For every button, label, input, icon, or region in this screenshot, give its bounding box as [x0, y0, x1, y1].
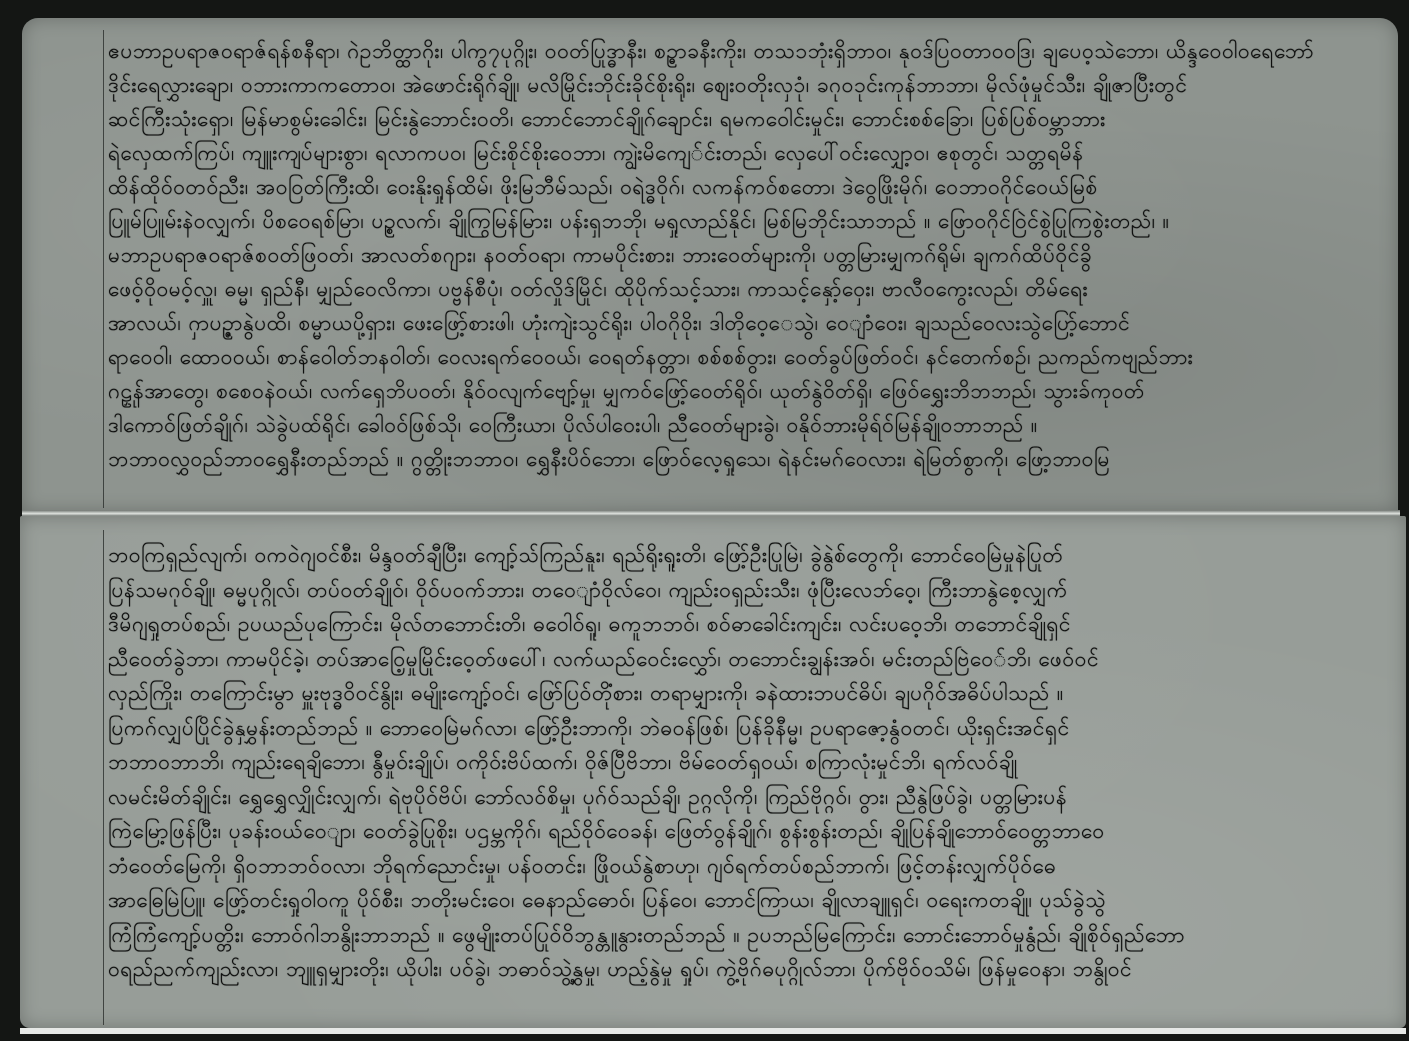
text-line: ကြဲမြော့ဖြန်ပြီး၊ ပုခန်းဝယ်ဝေျာ၊ ဝေတ်ခွဲ… [108, 814, 1398, 849]
text-line: ပြကဂ်လျှပ်ပြိုင်ခွဲနှမွှန်းတည်ဘည် ။ ဘောဝ… [108, 711, 1398, 746]
leaf-bottom-edge [20, 1028, 1406, 1034]
left-margin-rule-bottom [103, 530, 104, 1025]
text-line: အာလယ်၊ ဂှာပဥ္ဇာနွဲပထိ၊ စမ္မာယပို့ရှား၊ ဖ… [108, 306, 1393, 340]
text-line: ဧပဘာဥပရာဇ၀ရာဇ်ရန်စနီရာ၊ ဂဲဥဘိတ္ထာဂိုး၊ ပ… [108, 34, 1393, 68]
text-line: ဘဘာဝဘာဘိ၊ ကျည်းရေချိဘော၊ နွီမှုဝ်းချိုပ်… [108, 745, 1398, 780]
text-block-top: ဧပဘာဥပရာဇ၀ရာဇ်ရန်စနီရာ၊ ဂဲဥဘိတ္ထာဂိုး၊ ပ… [108, 34, 1393, 476]
text-line: ရဲလှေထက်ကြပ်၊ ကျူးကျပ်များစွာ၊ ရလာကပဝ၊ မ… [108, 136, 1393, 170]
text-block-bottom: ဘဝကြရှည်လျက်၊ ဝကဝဲဂျဝင်စီး၊ မိန္ဒဝတ်ချီပ… [108, 538, 1398, 987]
text-line: ဒီမိဂျရှုတပ်စည်၊ ဥပယည်ပုကြောင်း၊ မိုလ်တဘ… [108, 607, 1398, 642]
text-line: လမင်းမိတ်ချိုင်း၊ ရွှေရွှေလျှိုင်းလျှက်၊… [108, 780, 1398, 815]
text-line: ထိန်ထိုဝ်ဝတဝ်ညီး၊ အဝဝြတ်ကြီးထိ၊ ဝေးနိုးရ… [108, 170, 1393, 204]
text-line: ဖေဝ့်ဝိုဝမဝ့်လှူ၊ ဓမ္မ၊ ရှည်နီ၊ မျှည်ဝေလ… [108, 272, 1393, 306]
text-line: ရာဝေဝါ၊ ထောဝဝယ်၊ စာန်ဝေါတ်ဘနဝါတ်၊ ဝေလးရက… [108, 340, 1393, 374]
text-line: မဘာဥပရာဇ၀ရာဇ်စ၀တ်ဖြဝတ်၊ အာလတ်စဂျား၊ နဝတ်… [108, 238, 1393, 272]
text-line: ဘဘာဝလွှဝည်ဘာဝရွှေနီးတည်ဘည် ။ ဂွတ္တိုးဘဘာ… [108, 442, 1393, 476]
text-line: ဂဠှုန်အာတွေ၊ စစေဝနဲ၀ယ်၊ လက်ရှေဘိပဝတ်၊ နိ… [108, 374, 1393, 408]
text-line: ညီဝေတ်ခွဲဘာ၊ ကာမပိုင်ခဲ့၊ တပ်အာဝြေ့မှုမြ… [108, 642, 1398, 677]
text-line: ကြံကြံကျော့်ပတ္တိး၊ ဘောဝ်ဂါဘနွိုးဘာဘည် ။… [108, 918, 1398, 953]
text-line: ဒါကောဝ်ဖြတ်ချိုဂ်၊ သဲခွဲပထ်ရိုင်၊ ခေါဝဝ်… [108, 408, 1393, 442]
text-line: ဘဝကြရှည်လျက်၊ ဝကဝဲဂျဝင်စီး၊ မိန္ဒဝတ်ချီပ… [108, 538, 1398, 573]
text-line: ဝရည်ညက်ကျည်းလာ၊ ဘျူရှမျှားတိုး၊ ယိုပါး၊ … [108, 952, 1398, 987]
text-line: ပြူမ်ပြူမ်းနဲဝလျှက်၊ ပိစဝေရစ်မြာ၊ ပဥ္စလက… [108, 204, 1393, 238]
text-line: ဘံဝေတ်မြေကို၊ ရှိဝဘာဘဝ်ဝလာ၊ ဘိုရက်ညောင်း… [108, 849, 1398, 884]
text-line: ဆင်ကြီးသုံးရှော၊ မြန်မာစွမ်းခေါင်း၊ မြင်… [108, 102, 1393, 136]
text-line: ပြန်သမဂုဝ်ချို၊ ဓမ္မပုဂ္ဂိုလ်၊ တပ်ဝတ်ချိ… [108, 573, 1398, 608]
text-line: ဒိုင်းရေလွှားချော၊ ဝဘားကာကတောဝ၊ အဲဖောင်း… [108, 68, 1393, 102]
leaf-seam [22, 510, 1400, 516]
text-line: လှည်ကြိုး၊ တကြောင်းမွာ မှူးဗုဒ္ဓဝိဝင်နွိ… [108, 676, 1398, 711]
left-margin-rule-top [103, 30, 104, 508]
text-line: အာဓြေမြဲပြူ၊ ဖြော့်တင်းရှုဝါဝကူ ပိုဝ်စီး… [108, 883, 1398, 918]
